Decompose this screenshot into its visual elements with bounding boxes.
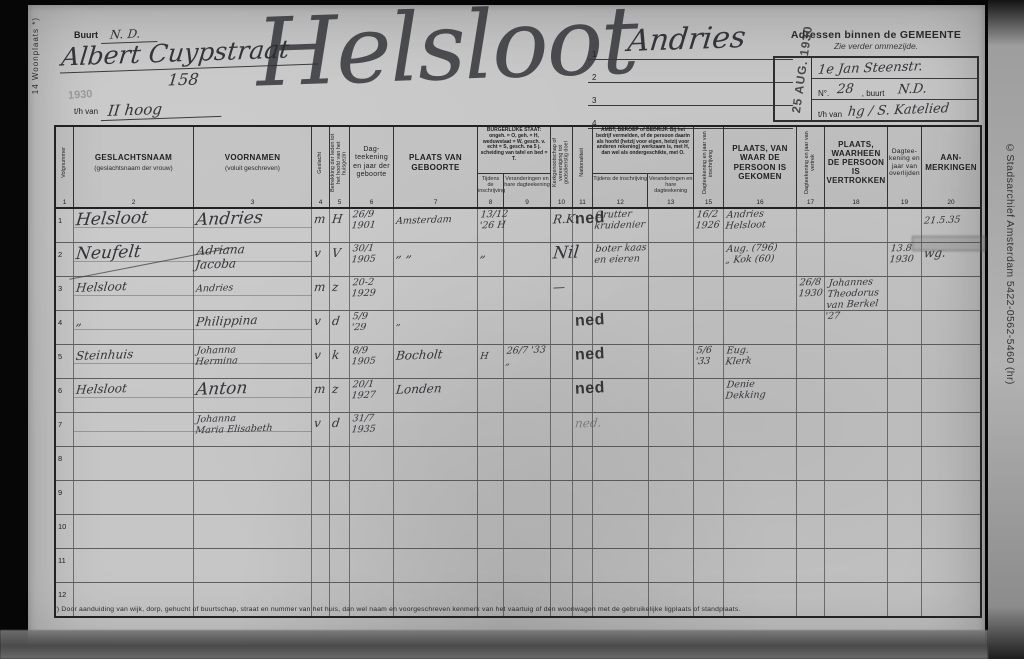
cell-r10-c12 <box>593 515 649 548</box>
col-bs-veranderingen-header: Veranderingen en hare dagteekening 9 <box>504 174 550 207</box>
entry-r6-c7: Londen <box>395 382 442 397</box>
col-bs-veranderingen-label: Veranderingen en hare dagteekening <box>504 174 550 198</box>
cell-r6-c17 <box>797 379 825 412</box>
cell-r9-c6 <box>350 481 394 514</box>
entry-r1-c15: 16/2 1926 <box>695 210 722 233</box>
entry-r2-c2: Neufelt <box>75 243 142 265</box>
col-beroep-tijdens-header: Tijdens de inschrijving 12 <box>593 174 648 207</box>
col-16-num: 16 <box>724 198 796 207</box>
cell-r9-c4 <box>312 481 330 514</box>
cell-r3-c13 <box>649 277 694 310</box>
col-12-num: 12 <box>593 198 647 207</box>
entry-r4-c2: „ <box>75 315 83 329</box>
cell-r3-c18: Johannes Theodorus van Berkel '27 <box>825 277 888 310</box>
cell-r8-c8 <box>478 447 504 480</box>
cell-r4-c13 <box>649 311 694 344</box>
cell-r10-c10 <box>551 515 573 548</box>
entry-r1-c5: H <box>331 213 343 227</box>
col-geslachtsnaam-sub: (geslachtsnaam der vrouw) <box>75 165 192 172</box>
cell-r8-c18 <box>825 447 888 480</box>
table-row-5: 5SteinhuisJohanna Herminavk8/9 1905Bocho… <box>56 345 980 379</box>
entry-r2-c4: v <box>313 247 321 261</box>
cell-r6-c1: 6 <box>56 379 74 412</box>
archive-copyright: ©Stadsarchief Amsterdam 5422-0562-5460 (… <box>1004 142 1016 385</box>
col-kerkgenootschap-label: Kerkgenootschap of vereeniging tot godsd… <box>553 130 570 196</box>
cell-r11-c7 <box>394 549 478 582</box>
col-8-num: 8 <box>478 198 503 207</box>
entry-r11-c1: 11 <box>58 556 66 565</box>
cell-r6-c4: m <box>312 379 330 412</box>
cell-r1-c7: Amsterdam <box>394 209 478 242</box>
cell-r7-c7 <box>394 413 478 446</box>
table-row-4: 4„Philippinavd5/9 '29„ned <box>56 311 980 345</box>
cell-r5-c18 <box>825 345 888 378</box>
col-beroep-veranderingen-label: Veranderingen en hare dagteekening <box>648 174 693 198</box>
illegible-stamp <box>912 236 986 251</box>
no-value: 28 <box>836 83 854 99</box>
cell-r9-c17 <box>797 481 825 514</box>
cell-r11-c10 <box>551 549 573 582</box>
cell-r1-c10: R.K. <box>551 209 573 242</box>
table-row-8: 8 <box>56 447 980 481</box>
cell-r4-c2: „ <box>74 311 194 344</box>
table-row-3: 3HelslootAndriesmz20-2 1929—26/8 1930Joh… <box>56 277 980 311</box>
cell-r8-c20 <box>922 447 980 480</box>
entry-r7-c1: 7 <box>58 420 62 429</box>
cell-r2-c13 <box>649 243 694 276</box>
col-herkomst-title: PLAATS, VAN WAAR DE PERSOON IS GEKOMEN <box>725 144 795 181</box>
cell-r7-c17 <box>797 413 825 446</box>
entry-r7-c3: Johanna Maria Elisabeth <box>195 413 274 438</box>
entry-r5-c6: 8/9 1905 <box>351 346 378 369</box>
entry-r5-c4: v <box>313 349 321 363</box>
cell-r9-c8 <box>478 481 504 514</box>
entry-r6-c3: Anton <box>195 379 249 400</box>
date-stamp-cell: 25 AUG. 1930 <box>775 58 812 120</box>
cell-r11-c15 <box>694 549 724 582</box>
entry-r3-c4: m <box>313 281 326 295</box>
buurt-label: Buurt <box>74 30 98 40</box>
cell-r2-c16: Aug. (796) „ Kok (60) <box>724 243 797 276</box>
cell-r8-c15 <box>694 447 724 480</box>
cell-r10-c8 <box>478 515 504 548</box>
cell-r9-c19 <box>888 481 922 514</box>
entry-r1-c1: 1 <box>58 216 62 225</box>
cell-r5-c3: Johanna Hermina <box>194 345 312 378</box>
col-1-num: 1 <box>56 198 73 207</box>
entry-r3-c17: 26/8 1930 <box>798 278 825 301</box>
cell-r9-c1: 9 <box>56 481 74 514</box>
buurt2-label: , buurt <box>862 89 885 98</box>
cell-r6-c8 <box>478 379 504 412</box>
cell-r3-c10: — <box>551 277 573 310</box>
cell-r5-c8: H <box>478 345 504 378</box>
cell-r4-c8 <box>478 311 504 344</box>
entry-r5-c3: Johanna Hermina <box>195 345 240 368</box>
cell-r1-c3: Andries <box>194 209 312 242</box>
entry-r5-c16: Eug. Klerk <box>725 346 753 369</box>
col-inschrijving-header: Dagteekening en jaar van inschrijving 15 <box>694 127 724 207</box>
cell-r4-c10 <box>551 311 573 344</box>
cell-r7-c19 <box>888 413 922 446</box>
cell-r10-c6 <box>350 515 394 548</box>
cell-r3-c4: m <box>312 277 330 310</box>
cell-r6-c9 <box>504 379 551 412</box>
register-table: Volgnummer 1 GESLACHTSNAAM (geslachtsnaa… <box>54 125 982 618</box>
cell-r3-c20 <box>922 277 980 310</box>
table-row-6: 6HelslootAntonmz20/1 1927LondennedDenie … <box>56 379 980 413</box>
cell-r1-c16: Andries Helsloot <box>724 209 797 242</box>
cell-r1-c12: Grutter kruidenier <box>593 209 649 242</box>
cell-r10-c1: 10 <box>56 515 74 548</box>
buurt2-value: N.D. <box>898 83 928 99</box>
cell-r4-c18 <box>825 311 888 344</box>
cell-r3-c17: 26/8 1930 <box>797 277 825 310</box>
col-18-num: 18 <box>825 198 887 207</box>
address-box-row-2: N°. 28 , buurt N.D. <box>812 79 977 100</box>
cell-r2-c3: Adriana Jacoba <box>194 243 312 276</box>
cell-r5-c13 <box>649 345 694 378</box>
entry-r7-c5: d <box>331 417 340 431</box>
col-voornamen-sub: (voluit geschreven) <box>195 165 310 172</box>
cell-r4-c5: d <box>330 311 350 344</box>
cell-r7-c2 <box>74 413 194 446</box>
col-volgnummer-label: Volgnummer <box>62 147 68 178</box>
table-row-9: 9 <box>56 481 980 515</box>
cell-r9-c7 <box>394 481 478 514</box>
address-box-row-3: t/h van hg / S. Katelied <box>812 100 977 120</box>
col-beroep-group: AMBT, BEROEP of BEDRIJF. Bij het bedrijf… <box>593 127 694 207</box>
address-box-rows: 1e Jan Steenstr. N°. 28 , buurt N.D. t/h… <box>812 58 977 120</box>
cell-r7-c5: d <box>330 413 350 446</box>
cell-r6-c2: Helsloot <box>74 379 194 412</box>
cell-r4-c9 <box>504 311 551 344</box>
entry-r2-c16: Aug. (796) „ Kok (60) <box>725 243 778 267</box>
new-street-value: 1e Jan Steenstr. <box>817 60 923 79</box>
entry-r2-c8: „ <box>479 247 487 261</box>
col-beroep-veranderingen-header: Veranderingen en hare dagteekening 13 <box>648 174 693 207</box>
cell-r10-c19 <box>888 515 922 548</box>
register-card: 14 Woonplaats *) Buurt N. D. Albert Cuyp… <box>28 5 985 648</box>
cell-r8-c4 <box>312 447 330 480</box>
cell-r1-c2: Helsloot <box>74 209 194 242</box>
cell-r11-c8 <box>478 549 504 582</box>
cell-r5-c16: Eug. Klerk <box>724 345 797 378</box>
cell-r2-c9 <box>504 243 551 276</box>
cell-r8-c19 <box>888 447 922 480</box>
cell-r9-c16 <box>724 481 797 514</box>
cell-r2-c2: Neufelt <box>74 243 194 276</box>
table-row-1: 1HelslootAndriesmH26/9 1901Amsterdam13/1… <box>56 209 980 243</box>
cell-r2-c10: Nil <box>551 243 573 276</box>
col-volgnummer-header: Volgnummer 1 <box>56 127 74 207</box>
cell-r6-c5: z <box>330 379 350 412</box>
cell-r5-c20 <box>922 345 980 378</box>
scan-bottom-blur <box>0 630 988 659</box>
cell-r6-c15 <box>694 379 724 412</box>
col-geslacht-label: Geslacht <box>318 152 324 174</box>
cell-r8-c5 <box>330 447 350 480</box>
cell-r7-c8 <box>478 413 504 446</box>
cell-r4-c12 <box>593 311 649 344</box>
entry-r3-c2: Helsloot <box>75 280 127 296</box>
entry-r10-c1: 10 <box>58 522 66 531</box>
cell-r10-c18 <box>825 515 888 548</box>
cell-r1-c11: ned <box>573 209 593 242</box>
no-label: N°. <box>818 89 829 98</box>
cell-r2-c6: 30/1 1905 <box>350 243 394 276</box>
entry-r6-c1: 6 <box>58 386 62 395</box>
table-row-2: 2NeufeltAdriana JacobavV30/1 1905„ „„Nil… <box>56 243 980 277</box>
cell-r4-c4: v <box>312 311 330 344</box>
cell-r2-c11 <box>573 243 593 276</box>
col-geboortedatum-header: Dag-teekening en jaar der geboorte 6 <box>350 127 394 207</box>
col-bs-tijdens-label: Tijdens de inschrijving <box>478 174 503 198</box>
col-geslachtsnaam-title: GESLACHTSNAAM <box>75 153 192 162</box>
footnote: *) Door aanduiding van wijk, dorp, gehuc… <box>54 606 978 613</box>
entry-r5-c9: 26/7 '33 „ <box>505 345 549 368</box>
entry-r1-c20: 21.5.35 <box>923 215 961 227</box>
cell-r7-c11: ned. <box>573 413 593 446</box>
cell-r7-c1: 7 <box>56 413 74 446</box>
cell-r5-c4: v <box>312 345 330 378</box>
col-20-num: 20 <box>922 198 980 207</box>
cell-r3-c9 <box>504 277 551 310</box>
cell-r5-c9: 26/7 '33 „ <box>504 345 551 378</box>
col-voornamen-header: VOORNAMEN (voluit geschreven) 3 <box>194 127 312 207</box>
house-number: 158 <box>167 70 200 89</box>
col-overlijden-title: Dagtee-kening en jaar van overlijden <box>889 148 920 178</box>
col-beroep-tijdens-label: Tijdens de inschrijving <box>593 174 647 198</box>
entry-r1-c3: Andries <box>195 209 264 231</box>
entry-r5-c15: 5/6 '33 <box>695 346 713 368</box>
burgerlijke-staat-label: BURGERLIJKE STAAT: ongeh. = O, geh. = H,… <box>478 127 550 174</box>
cell-r4-c20 <box>922 311 980 344</box>
cell-r1-c9 <box>504 209 551 242</box>
cell-r10-c5 <box>330 515 350 548</box>
cell-r7-c18 <box>825 413 888 446</box>
cell-r11-c1: 11 <box>56 549 74 582</box>
entry-r5-c7: Bocholt <box>395 348 443 363</box>
cell-r7-c15 <box>694 413 724 446</box>
entry-r1-c4: m <box>313 213 326 227</box>
col-4-num: 4 <box>312 198 329 207</box>
cell-r8-c7 <box>394 447 478 480</box>
entry-r4-c5: d <box>331 315 340 329</box>
col-inschrijving-label: Dagteekening en jaar van inschrijving <box>703 130 715 196</box>
entry-r7-c4: v <box>313 417 321 431</box>
cell-r2-c12: boter kaas en eieren <box>593 243 649 276</box>
cell-r9-c5 <box>330 481 350 514</box>
cell-r6-c11: ned <box>573 379 593 412</box>
cell-r6-c13 <box>649 379 694 412</box>
cell-r11-c5 <box>330 549 350 582</box>
address-box: 25 AUG. 1930 1e Jan Steenstr. N°. 28 , b… <box>773 56 979 122</box>
col-bs-tijdens-header: Tijdens de inschrijving 8 <box>478 174 504 207</box>
cell-r11-c2 <box>74 549 194 582</box>
cell-r9-c11 <box>573 481 593 514</box>
cell-r8-c17 <box>797 447 825 480</box>
cell-r10-c13 <box>649 515 694 548</box>
cell-r11-c3 <box>194 549 312 582</box>
cell-r9-c13 <box>649 481 694 514</box>
entry-r4-c1: 4 <box>58 318 62 327</box>
entry-r5-c5: k <box>331 349 340 363</box>
entry-r4-c4: v <box>313 315 321 329</box>
cell-r10-c11 <box>573 515 593 548</box>
col-aanmerkingen-title: AAN-MERKINGEN <box>923 153 979 171</box>
cell-r5-c7: Bocholt <box>394 345 478 378</box>
entry-r3-c5: z <box>331 281 339 295</box>
cell-r3-c1: 3 <box>56 277 74 310</box>
entry-r6-c6: 20/1 1927 <box>351 380 378 403</box>
col-kerkgenootschap-header: Kerkgenootschap of vereeniging tot godsd… <box>551 127 573 207</box>
cell-r9-c12 <box>593 481 649 514</box>
floor-value: II hoog <box>101 99 223 121</box>
cell-r6-c19 <box>888 379 922 412</box>
cell-r7-c10 <box>551 413 573 446</box>
entry-r12-c1: 12 <box>58 590 66 599</box>
cell-r6-c7: Londen <box>394 379 478 412</box>
cell-r2-c17 <box>797 243 825 276</box>
cell-r7-c20 <box>922 413 980 446</box>
cell-r2-c8: „ <box>478 243 504 276</box>
cell-r3-c15 <box>694 277 724 310</box>
address-line-2: 2 <box>588 60 793 83</box>
cell-r11-c4 <box>312 549 330 582</box>
cell-r8-c9 <box>504 447 551 480</box>
cell-r5-c11: ned <box>573 345 593 378</box>
address-line-3: 3 <box>588 83 793 106</box>
cell-r11-c20 <box>922 549 980 582</box>
col-6-num: 6 <box>350 198 393 207</box>
cell-r10-c4 <box>312 515 330 548</box>
cell-r10-c3 <box>194 515 312 548</box>
entry-r6-c16: Denie Dekking <box>725 379 767 402</box>
cell-r11-c11 <box>573 549 593 582</box>
address-panel: Adressen binnen de GEMEENTE Zie verder o… <box>773 29 979 122</box>
cell-r10-c16 <box>724 515 797 548</box>
entry-r5-c2: Steinhuis <box>75 348 134 364</box>
entry-r1-c7: Amsterdam <box>395 215 452 228</box>
entry-r4-c6: 5/9 '29 <box>351 312 369 334</box>
cell-r11-c19 <box>888 549 922 582</box>
cell-r3-c7 <box>394 277 478 310</box>
cell-r11-c9 <box>504 549 551 582</box>
col-vertrek-plaats-header: PLAATS, WAARHEEN DE PERSOON IS VERTROKKE… <box>825 127 888 207</box>
col-geboorteplaats-header: PLAATS VAN GEBOORTE 7 <box>394 127 478 207</box>
cell-r1-c13 <box>649 209 694 242</box>
col-burgerlijke-staat-group: BURGERLIJKE STAAT: ongeh. = O, geh. = H,… <box>478 127 551 207</box>
cell-r8-c6 <box>350 447 394 480</box>
cell-r7-c4: v <box>312 413 330 446</box>
entry-r8-c1: 8 <box>58 454 62 463</box>
table-body: 1HelslootAndriesmH26/9 1901Amsterdam13/1… <box>56 209 980 616</box>
cell-r6-c18 <box>825 379 888 412</box>
cell-r1-c6: 26/9 1901 <box>350 209 394 242</box>
cell-r7-c16 <box>724 413 797 446</box>
cell-r2-c15 <box>694 243 724 276</box>
col-betrekking-header: Betrekking der leden tot het hoofd van h… <box>330 127 350 207</box>
col-nationaliteit-label: Nationaliteit <box>580 148 586 177</box>
cell-r5-c19 <box>888 345 922 378</box>
cell-r5-c1: 5 <box>56 345 74 378</box>
cell-r6-c12 <box>593 379 649 412</box>
col-geboorteplaats-title: PLAATS VAN GEBOORTE <box>395 153 476 171</box>
table-row-10: 10 <box>56 515 980 549</box>
cell-r6-c16: Denie Dekking <box>724 379 797 412</box>
entry-r3-c6: 20-2 1929 <box>351 278 378 301</box>
cell-r8-c3 <box>194 447 312 480</box>
col-geslachtsnaam-header: GESLACHTSNAAM (geslachtsnaam der vrouw) … <box>74 127 194 207</box>
cell-r2-c4: v <box>312 243 330 276</box>
cell-r1-c17 <box>797 209 825 242</box>
cell-r9-c10 <box>551 481 573 514</box>
entry-r6-c2: Helsloot <box>75 382 127 398</box>
col-voornamen-title: VOORNAMEN <box>195 153 310 162</box>
table-row-11: 11 <box>56 549 980 583</box>
entry-r2-c7: „ „ <box>395 247 413 261</box>
cell-r5-c12 <box>593 345 649 378</box>
cell-r11-c13 <box>649 549 694 582</box>
cell-r6-c20 <box>922 379 980 412</box>
col-13-num: 13 <box>648 198 693 207</box>
cell-r5-c17 <box>797 345 825 378</box>
cell-r5-c10 <box>551 345 573 378</box>
col-overlijden-header: Dagtee-kening en jaar van overlijden 19 <box>888 127 922 207</box>
beroep-label: AMBT, BEROEP of BEDRIJF. Bij het bedrijf… <box>593 127 693 174</box>
entry-r5-c8: H <box>479 352 488 363</box>
card-header: Buurt N. D. Albert Cuypstraat 158 1930 t… <box>28 5 985 125</box>
entry-r2-c3: Adriana Jacoba <box>194 243 245 272</box>
cell-r9-c20 <box>922 481 980 514</box>
col-11-num: 11 <box>573 198 592 207</box>
entry-r2-c6: 30/1 1905 <box>351 244 378 267</box>
cell-r4-c16 <box>724 311 797 344</box>
cell-r10-c20 <box>922 515 980 548</box>
col-vertrek-datum-label: Dagteekening en jaar van vertrek <box>805 130 817 196</box>
entry-r3-c1: 3 <box>58 284 62 293</box>
cell-r7-c3: Johanna Maria Elisabeth <box>194 413 312 446</box>
cell-r6-c3: Anton <box>194 379 312 412</box>
col-5-num: 5 <box>330 198 349 207</box>
cell-r8-c13 <box>649 447 694 480</box>
entry-r5-c1: 5 <box>58 352 62 361</box>
cell-r8-c10 <box>551 447 573 480</box>
col-geslacht-header: Geslacht 4 <box>312 127 330 207</box>
address-box-row-1: 1e Jan Steenstr. <box>812 58 977 79</box>
cell-r6-c6: 20/1 1927 <box>350 379 394 412</box>
cell-r3-c5: z <box>330 277 350 310</box>
entry-r3-c3: Andries <box>195 283 233 295</box>
cell-r1-c4: m <box>312 209 330 242</box>
cell-r3-c6: 20-2 1929 <box>350 277 394 310</box>
cell-r10-c2 <box>74 515 194 548</box>
cell-r1-c8: 13/12 '26 H <box>478 209 504 242</box>
col-10-num: 10 <box>551 198 572 207</box>
col-19-num: 19 <box>888 198 921 207</box>
cell-r10-c9 <box>504 515 551 548</box>
cell-r5-c5: k <box>330 345 350 378</box>
cell-r7-c12 <box>593 413 649 446</box>
entry-r7-c6: 31/7 1935 <box>351 414 378 437</box>
cell-r4-c1: 4 <box>56 311 74 344</box>
cell-r9-c9 <box>504 481 551 514</box>
entry-r6-c4: m <box>313 383 326 397</box>
col-2-num: 2 <box>74 198 193 207</box>
cell-r2-c1: 2 <box>56 243 74 276</box>
cell-r8-c16 <box>724 447 797 480</box>
